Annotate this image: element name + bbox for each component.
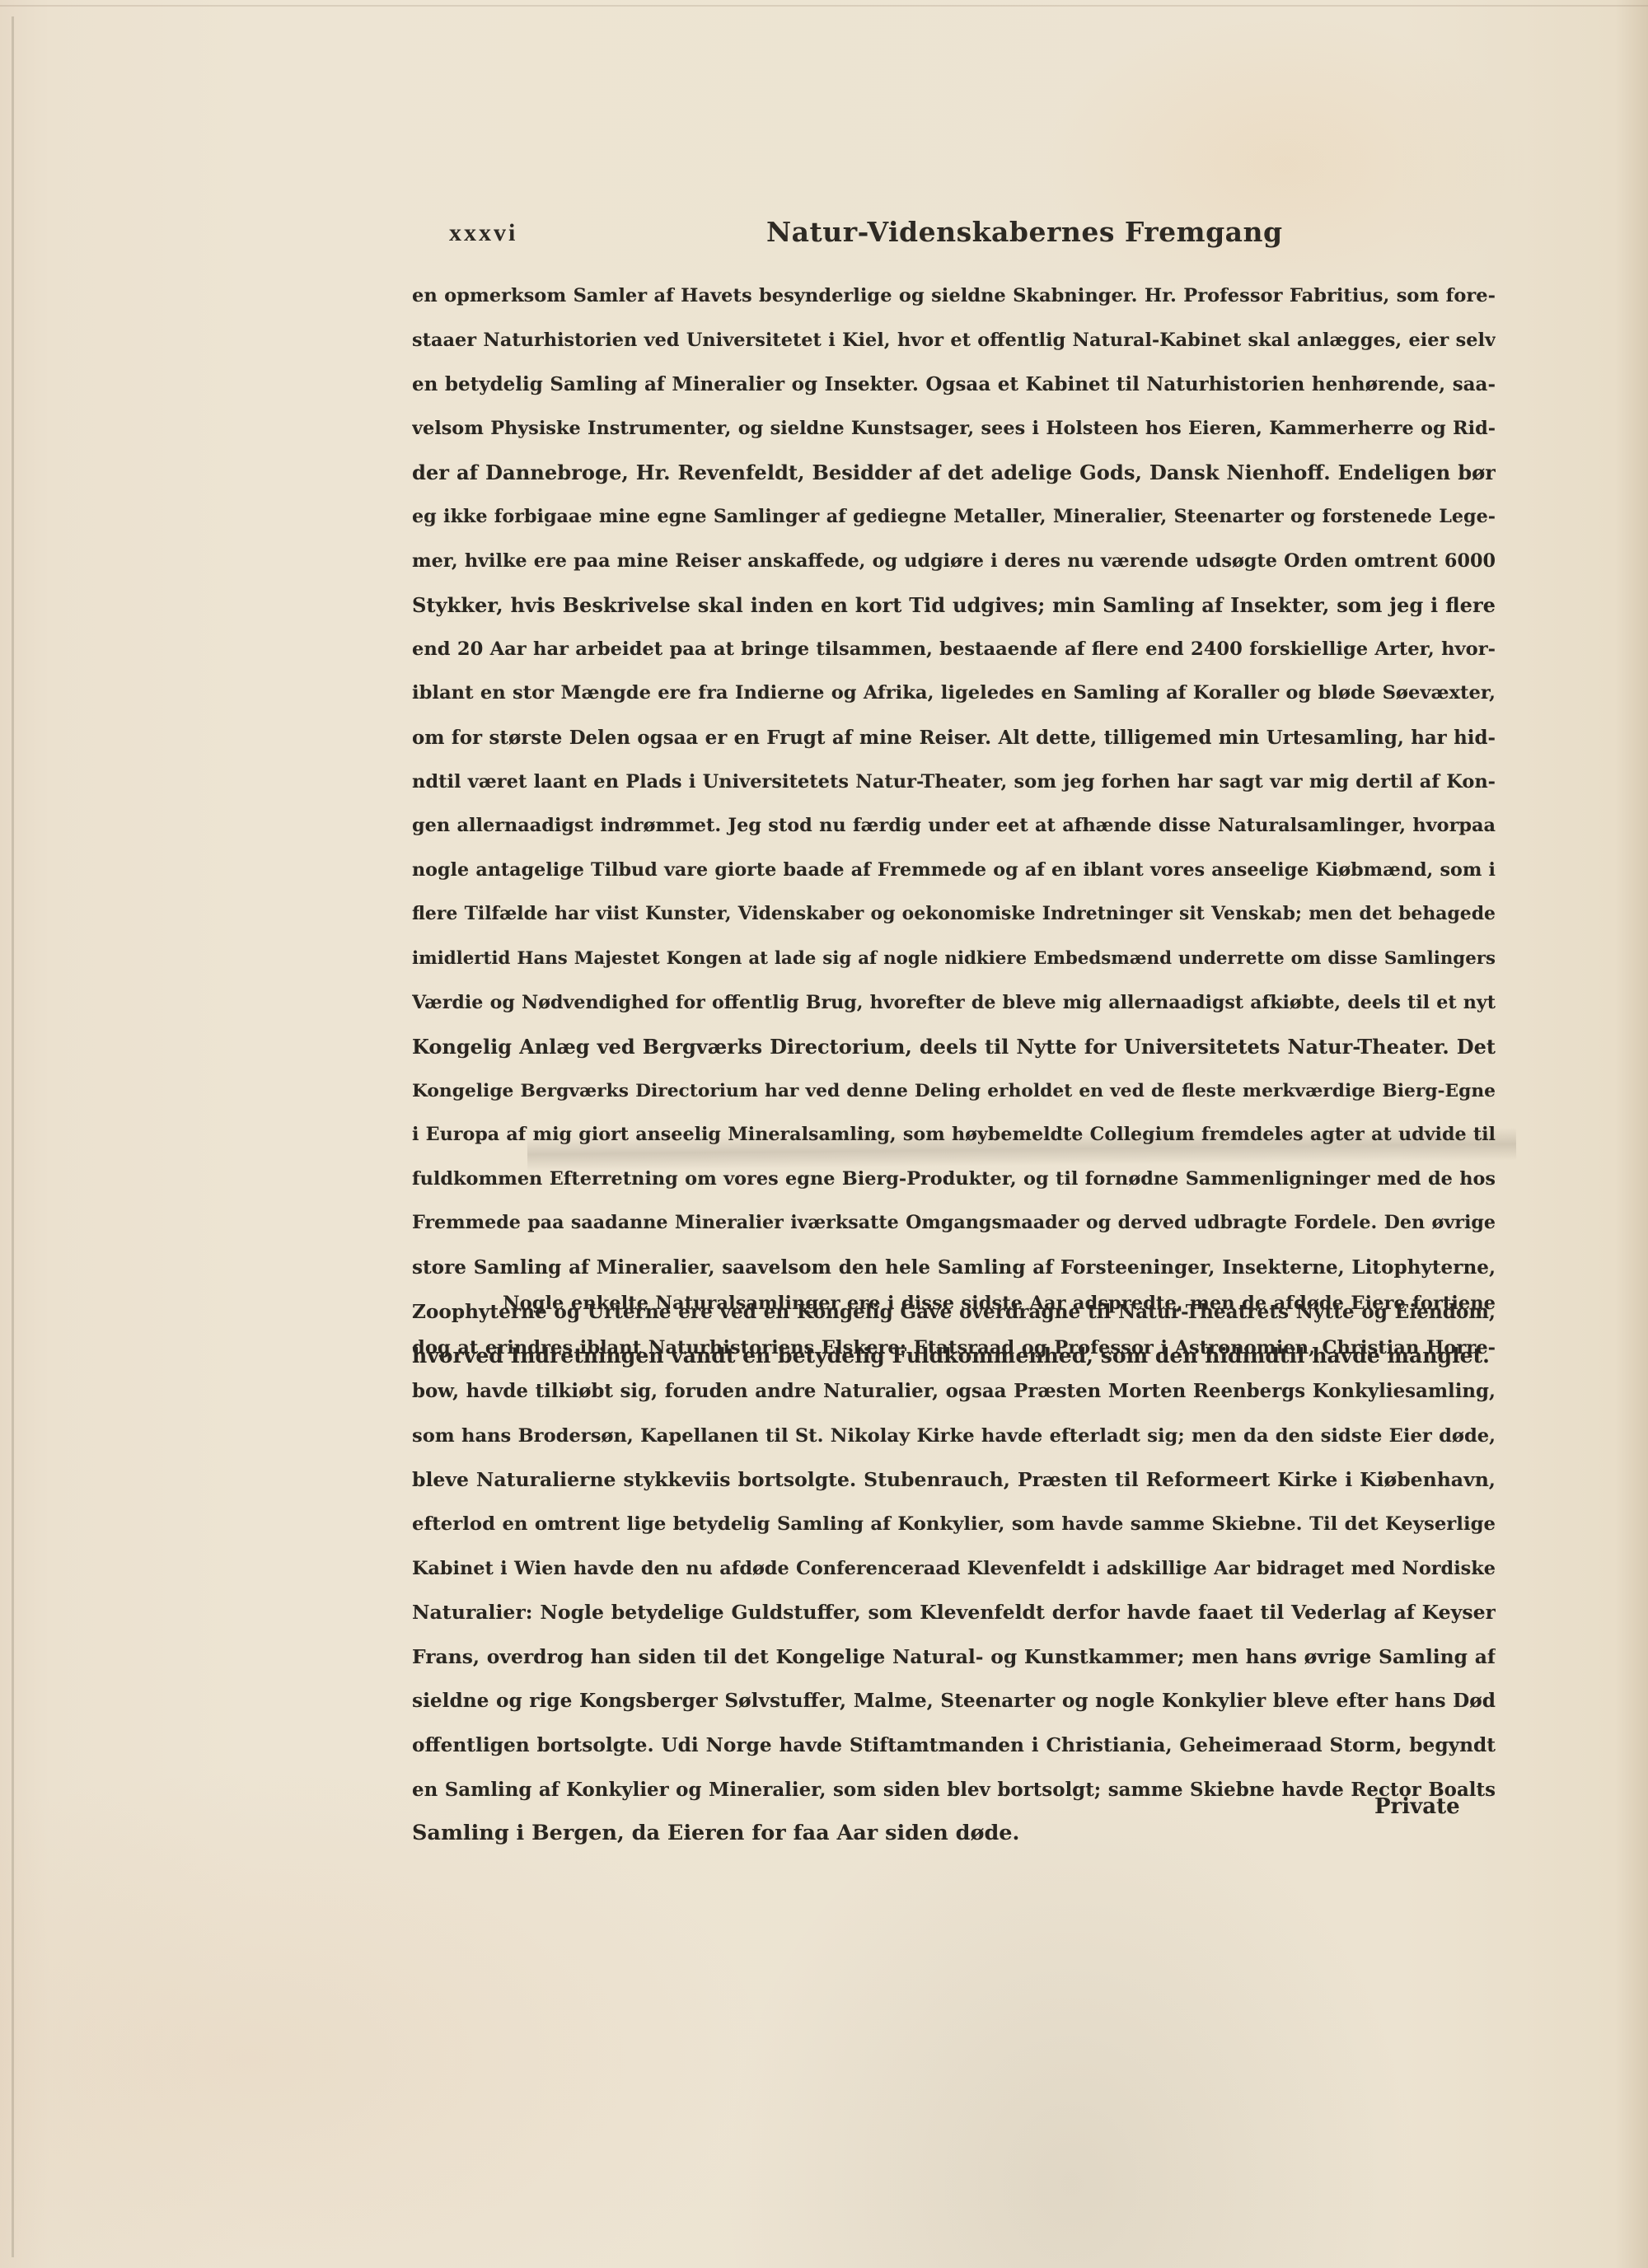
page-edge-top: [0, 5, 1648, 7]
text-line: Fremmede paa saadanne Mineralier iværksa…: [412, 1201, 1496, 1246]
text-line: Værdie og Nødvendighed for offentlig Bru…: [412, 981, 1496, 1026]
text-line: bleve Naturalierne stykkeviis bortsolgte…: [412, 1458, 1496, 1503]
text-line: Kongelig Anlæg ved Bergværks Directorium…: [412, 1025, 1496, 1069]
running-head: xxxvi Natur-Videnskabernes Fremgang: [449, 216, 1508, 257]
text-line: mer, hvilke ere paa mine Reiser anskaffe…: [412, 540, 1496, 584]
text-line: end 20 Aar har arbeidet paa at bringe ti…: [412, 628, 1496, 672]
text-line: en Samling af Konkylier og Mineralier, s…: [412, 1768, 1496, 1812]
text-line: velsom Physiske Instrumenter, og sieldne…: [412, 407, 1496, 451]
text-line: sieldne og rige Kongsberger Sølvstuffer,…: [412, 1679, 1496, 1723]
text-line: en opmerksom Samler af Havets besynderli…: [412, 274, 1496, 319]
text-line: ndtil været laant en Plads i Universitet…: [412, 760, 1496, 805]
text-line: i Europa af mig giort anseelig Mineralsa…: [412, 1113, 1496, 1157]
text-line: efterlod en omtrent lige betydelig Samli…: [412, 1503, 1496, 1547]
text-line: gen allernaadigst indrømmet. Jeg stod nu…: [412, 804, 1496, 849]
text-line: Kongelige Bergværks Directorium har ved …: [412, 1069, 1496, 1114]
book-page: xxxvi Natur-Videnskabernes Fremgang en o…: [0, 0, 1648, 2268]
text-line: fuldkommen Efterretning om vores egne Bi…: [412, 1157, 1496, 1202]
page-number: xxxvi: [449, 219, 517, 247]
text-line: nogle antagelige Tilbud vare giorte baad…: [412, 849, 1496, 893]
text-line: Frans, overdrog han siden til det Kongel…: [412, 1635, 1496, 1680]
text-line: om for største Delen ogsaa er en Frugt a…: [412, 716, 1496, 760]
text-line: bow, havde tilkiøbt sig, foruden andre N…: [412, 1370, 1496, 1415]
text-line: Stykker, hvis Beskrivelse skal inden en …: [412, 583, 1496, 628]
paragraph-2: Nogle enkelte Naturalsamlinger ere i dis…: [412, 1282, 1496, 1856]
text-line: flere Tilfælde har viist Kunster, Videns…: [412, 892, 1496, 937]
text-line: offentligen bortsolgte. Udi Norge havde …: [412, 1723, 1496, 1768]
text-line: eg ikke forbigaae mine egne Samlinger af…: [412, 495, 1496, 540]
text-line: dog at erindres iblant Naturhistoriens E…: [412, 1326, 1496, 1371]
running-title: Natur-Videnskabernes Fremgang: [766, 216, 1283, 248]
paragraph-1: en opmerksom Samler af Havets besynderli…: [412, 274, 1496, 1378]
text-line: som hans Brodersøn, Kapellanen til St. N…: [412, 1415, 1496, 1459]
page-edge-left: [12, 16, 14, 2257]
text-line: Kabinet i Wien havde den nu afdøde Confe…: [412, 1547, 1496, 1592]
text-line: iblant en stor Mængde ere fra Indierne o…: [412, 671, 1496, 716]
text-line: staaer Naturhistorien ved Universitetet …: [412, 319, 1496, 363]
text-line: der af Dannebroge, Hr. Revenfeldt, Besid…: [412, 451, 1496, 495]
text-line: imidlertid Hans Majestet Kongen at lade …: [412, 937, 1496, 981]
text-line: en betydelig Samling af Mineralier og In…: [412, 362, 1496, 407]
text-line: Nogle enkelte Naturalsamlinger ere i dis…: [412, 1282, 1496, 1326]
catchword: Private: [1374, 1794, 1460, 1819]
text-line: Samling i Bergen, da Eieren for faa Aar …: [412, 1812, 1496, 1856]
text-line: Naturalier: Nogle betydelige Guldstuffer…: [412, 1591, 1496, 1635]
